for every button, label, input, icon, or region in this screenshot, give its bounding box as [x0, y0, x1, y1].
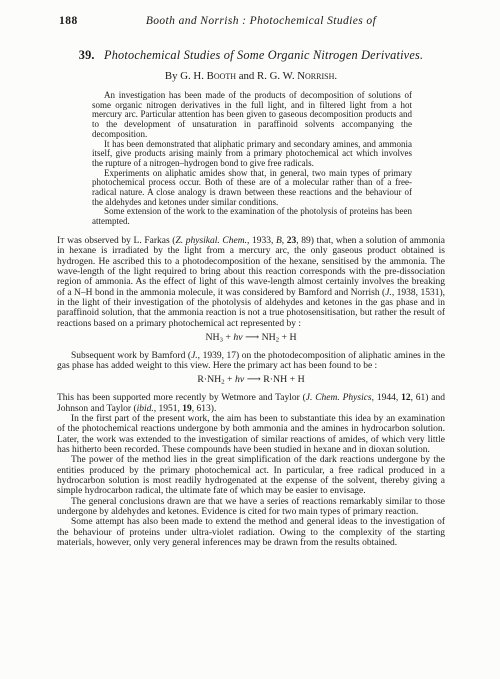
- text-segment: .: [334, 70, 337, 82]
- equation: NH3 + hν ⟶ NH2 + H: [57, 333, 445, 346]
- text-segment: The general conclusions drawn are that w…: [57, 497, 445, 517]
- body-paragraph: The power of the method lies in the grea…: [57, 455, 445, 496]
- text-segment: In the first part of the present work, t…: [57, 414, 445, 455]
- running-head: Booth and Norrish : Photochemical Studie…: [57, 15, 445, 27]
- text-segment: hν: [235, 374, 244, 385]
- body-paragraph: Some extension of the work to the examin…: [92, 207, 412, 226]
- text-segment: was observed by L. Farkas (: [64, 236, 175, 246]
- text-segment: The power of the method lies in the grea…: [57, 455, 445, 496]
- text-segment: It has been demonstrated that aliphatic …: [92, 139, 412, 168]
- body-paragraph: It has been demonstrated that aliphatic …: [92, 140, 412, 169]
- body-paragraph: It was observed by L. Farkas (Z. physika…: [57, 236, 445, 329]
- text-segment: 23: [287, 236, 297, 246]
- text-segment: J.: [191, 351, 198, 361]
- text-segment: Z. physikal. Chem.: [175, 236, 247, 246]
- text-segment: , 1944,: [372, 393, 401, 403]
- page-header: 188 Booth and Norrish : Photochemical St…: [57, 15, 445, 27]
- body-paragraph: An investigation has been made of the pr…: [92, 91, 412, 140]
- equation: R·NH2 + hν ⟶ R·NH + H: [57, 375, 445, 388]
- journal-page: 188 Booth and Norrish : Photochemical St…: [0, 0, 500, 679]
- text-segment: , 613).: [192, 404, 217, 414]
- text-segment: ⟶ R·NH + H: [244, 374, 304, 385]
- body-paragraph: Experiments on aliphatic amides show tha…: [92, 169, 412, 208]
- text-segment: , 1951,: [154, 404, 183, 414]
- text-segment: NH: [205, 332, 219, 343]
- text-segment: An investigation has been made of the pr…: [92, 90, 412, 139]
- text-segment: By G. H.: [165, 70, 207, 82]
- article-title-block: 39. Photochemical Studies of Some Organi…: [57, 48, 445, 63]
- text-segment: J.: [385, 288, 392, 298]
- text-segment: Norrish: [297, 70, 334, 82]
- text-segment: Some extension of the work to the examin…: [92, 206, 412, 226]
- text-segment: +: [223, 332, 233, 343]
- byline: By G. H. Booth and R. G. W. Norrish.: [57, 70, 445, 82]
- text-segment: This has been supported more recently by…: [57, 393, 306, 403]
- text-segment: R·NH: [197, 374, 221, 385]
- text-segment: 19: [182, 404, 192, 414]
- body-paragraph: In the first part of the present work, t…: [57, 414, 445, 455]
- text-segment: +: [225, 374, 235, 385]
- article-title: Photochemical Studies of Some Organic Ni…: [104, 48, 423, 62]
- article-body: It was observed by L. Farkas (Z. physika…: [57, 236, 445, 549]
- text-segment: ⟶ NH: [243, 332, 276, 343]
- text-segment: Subsequent work by Bamford (: [71, 351, 191, 361]
- text-segment: + H: [279, 332, 297, 343]
- text-segment: ibid.: [137, 404, 154, 414]
- article-number: 39.: [79, 48, 95, 62]
- text-segment: and R. G. W.: [236, 70, 297, 82]
- text-segment: 12: [401, 393, 411, 403]
- text-segment: hν: [233, 332, 242, 343]
- text-segment: Booth: [207, 70, 236, 82]
- text-segment: , 1933,: [247, 236, 276, 246]
- body-paragraph: This has been supported more recently by…: [57, 393, 445, 414]
- text-segment: Experiments on aliphatic amides show tha…: [92, 168, 412, 207]
- body-paragraph: The general conclusions drawn are that w…: [57, 497, 445, 518]
- page-number: 188: [59, 15, 78, 27]
- text-segment: J. Chem. Physics: [306, 393, 372, 403]
- body-paragraph: Some attempt has also been made to exten…: [57, 517, 445, 548]
- abstract-section: An investigation has been made of the pr…: [92, 91, 412, 227]
- body-paragraph: Subsequent work by Bamford (J., 1939, 17…: [57, 351, 445, 372]
- text-segment: Some attempt has also been made to exten…: [57, 517, 445, 548]
